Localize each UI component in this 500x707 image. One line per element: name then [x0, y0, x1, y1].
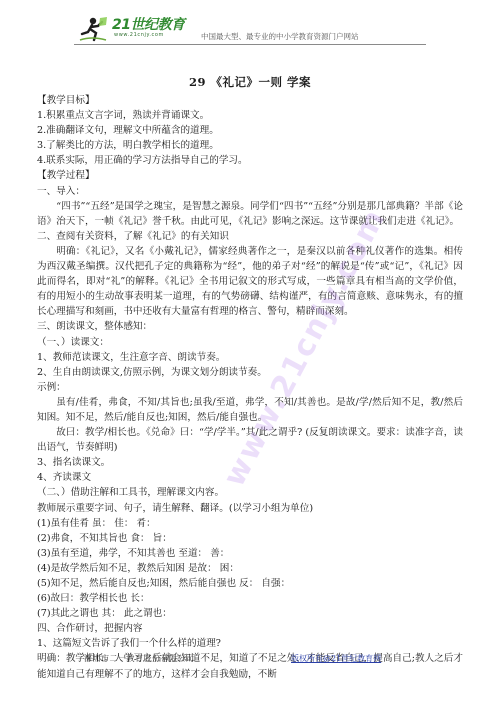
document-line: 2、生自由朗读课文,仿照示例，为课文划分朗读节奏。 [37, 365, 463, 380]
document-line: 四、合作研讨，把握内容 [37, 621, 463, 636]
document-line: 3.了解类比的方法，明白教学相长的道理。 [37, 138, 463, 153]
document-line: 2.准确翻译文句，理解文中所蕴含的道理。 [37, 123, 463, 138]
document-line: 二、查阅有关资料，了解《礼记》的有关知识 [37, 229, 463, 244]
document-line: 1、这篇短文告诉了我们一个什么样的道理? [37, 636, 463, 651]
logo-url: www.21cnjy.com [114, 32, 164, 38]
footer-copyright-link[interactable]: 版权所有@21世纪教育网 [291, 653, 381, 664]
document-line: 1.积累重点文言字词，熟读并背诵课文。 [37, 108, 463, 123]
document-body: 【教学目标】1.积累重点文言字词，熟读并背诵课文。2.准确翻译文句，理解文中所蕴… [37, 93, 463, 682]
document-line: (6)故曰：教学相长也 长： [37, 591, 463, 606]
document-line: (7)其此之谓也 其： 此之谓也： [37, 606, 463, 621]
document-line: 明确：《礼记》，又名《小戴礼记》，儒家经典著作之一，是秦汉以前各种礼仪著作的选集… [37, 244, 463, 319]
document-line: 故曰：教学/相长也。《兑命》曰：“学/学半。”其/此之谓乎? (反复朗读课文。要… [37, 425, 463, 455]
document-line: 3、指名读课文。 [37, 455, 463, 470]
document-line: 4、齐读课文 [37, 470, 463, 485]
document-line: (1)虽有佳肴 虽： 佳： 肴： [37, 516, 463, 531]
document-line: 教师展示重要字词、句子，请生解释、翻译。(以学习小组为单位) [37, 501, 463, 516]
document-line: (4)是故学然后知不足，教然后知困 是故： 困： [37, 561, 463, 576]
document-line: (5)知不足，然后能自反也;知困，然后能自强也 反： 自强： [37, 576, 463, 591]
footer-company: 深圳市二一教育股份有限公司 [84, 653, 195, 664]
document-line: (2)弗食，不知其旨也 食： 旨： [37, 531, 463, 546]
site-logo[interactable]: 21世纪教育 www.21cnjy.com [78, 14, 198, 42]
runner-logo-icon [78, 16, 108, 42]
document-line: 4.联系实际，用正确的学习方法指导自己的学习。 [37, 153, 463, 168]
document-line: 一、导入： [37, 184, 463, 199]
document-line: （一、）读课文： [37, 335, 463, 350]
document-line: （二、）借助注解和工具书，理解课文内容。 [37, 485, 463, 500]
document-line: 【教学过程】 [37, 168, 463, 183]
document-line: 1、教师范读课文，生注意字音、朗读节奏。 [37, 350, 463, 365]
document-line: 虽有/佳肴，弗食，不知/其旨也;虽我/至道，弗学，不知/其善也。是故/学/然后知… [37, 395, 463, 425]
document-line: (3)虽有至道，弗学，不知其善也 至道： 善： [37, 546, 463, 561]
page-title: 29 《礼记》一则 学案 [0, 74, 500, 90]
page-header: 21世纪教育 www.21cnjy.com 中国最大型、最专业的中小学教育资源门… [74, 14, 426, 45]
document-line: 三、朗读课文，整体感知： [37, 319, 463, 334]
site-slogan: 中国最大型、最专业的中小学教育资源门户网站 [201, 31, 359, 42]
logo-text: 21世纪教育 [112, 14, 184, 34]
document-line: 示例： [37, 380, 463, 395]
document-line: “四书”“五经”是国学之瑰宝，是智慧之源泉。同学们“四书”“五经”分别是那几部典… [37, 199, 463, 229]
document-line: 【教学目标】 [37, 93, 463, 108]
